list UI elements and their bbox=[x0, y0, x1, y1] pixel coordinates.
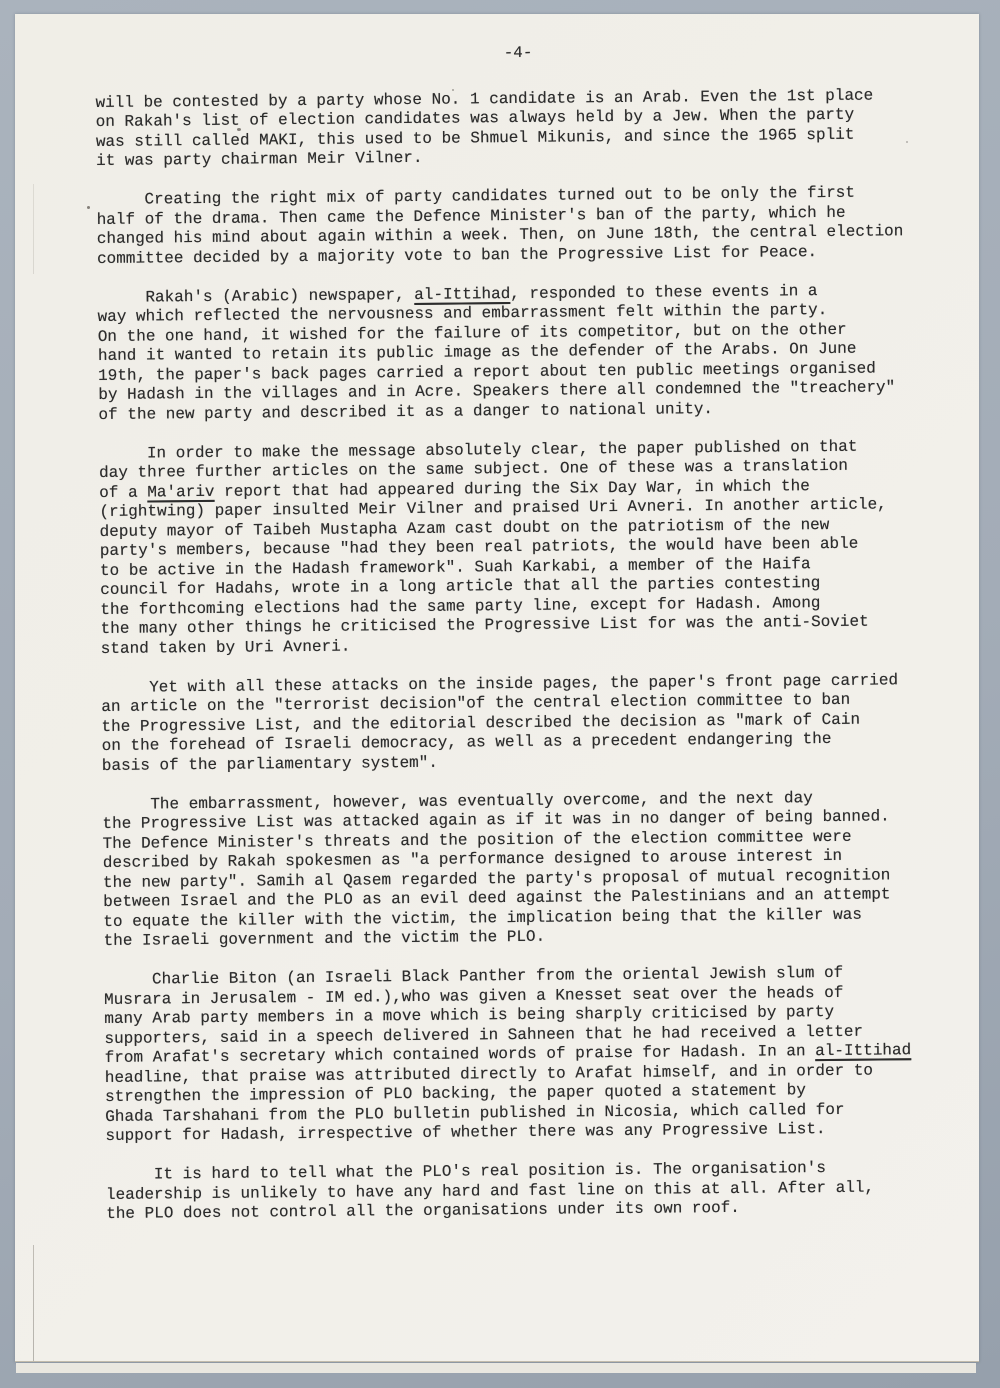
paragraph: Creating the right mix of party candidat… bbox=[96, 183, 943, 269]
paragraph: Charlie Biton (an Israeli Black Panther … bbox=[104, 963, 952, 1147]
underlined-publication-name: Ma'ariv bbox=[147, 482, 214, 501]
text-segment: Charlie Biton (an Israeli Black Panther … bbox=[104, 964, 863, 1067]
paragraph: Yet with all these attacks on the inside… bbox=[101, 670, 948, 776]
paper-crease bbox=[33, 1245, 34, 1361]
paper-speck bbox=[452, 89, 454, 91]
underlying-sheet-edge bbox=[16, 1363, 976, 1373]
typed-text-block: -4- will be contested by a party whose N… bbox=[95, 40, 952, 1225]
paragraph: will be contested by a party whose No. 1… bbox=[95, 85, 942, 171]
underlined-publication-name: al-Ittihad bbox=[414, 285, 510, 304]
document-body: will be contested by a party whose No. 1… bbox=[95, 85, 952, 1224]
document-page: -4- will be contested by a party whose N… bbox=[15, 14, 979, 1362]
paragraph: The embarrassment, however, was eventual… bbox=[102, 787, 949, 951]
text-segment: It is hard to tell what the PLO's real p… bbox=[106, 1159, 874, 1223]
text-segment: The embarrassment, however, was eventual… bbox=[102, 789, 890, 950]
scan-background: { "header": { "page_number": "-4-" }, "c… bbox=[0, 0, 1000, 1388]
paragraph: It is hard to tell what the PLO's real p… bbox=[106, 1158, 953, 1225]
underlined-publication-name: al-Ittihad bbox=[815, 1041, 911, 1060]
paper-speck bbox=[237, 128, 241, 131]
page-number: -4- bbox=[95, 40, 941, 68]
paragraph: Rakah's (Arabic) newspaper, al-Ittihad, … bbox=[97, 280, 944, 425]
paper-crease bbox=[33, 184, 34, 274]
text-segment: Creating the right mix of party candidat… bbox=[96, 184, 903, 268]
paper-speck bbox=[87, 206, 90, 209]
text-segment: will be contested by a party whose No. 1… bbox=[95, 86, 873, 170]
text-segment: Yet with all these attacks on the inside… bbox=[101, 671, 898, 775]
paragraph: In order to make the message absolutely … bbox=[99, 436, 947, 659]
paper-speck bbox=[906, 141, 908, 143]
text-segment: report that had appeared during the Six … bbox=[99, 477, 886, 658]
text-segment: Rakah's (Arabic) newspaper, bbox=[97, 285, 414, 306]
